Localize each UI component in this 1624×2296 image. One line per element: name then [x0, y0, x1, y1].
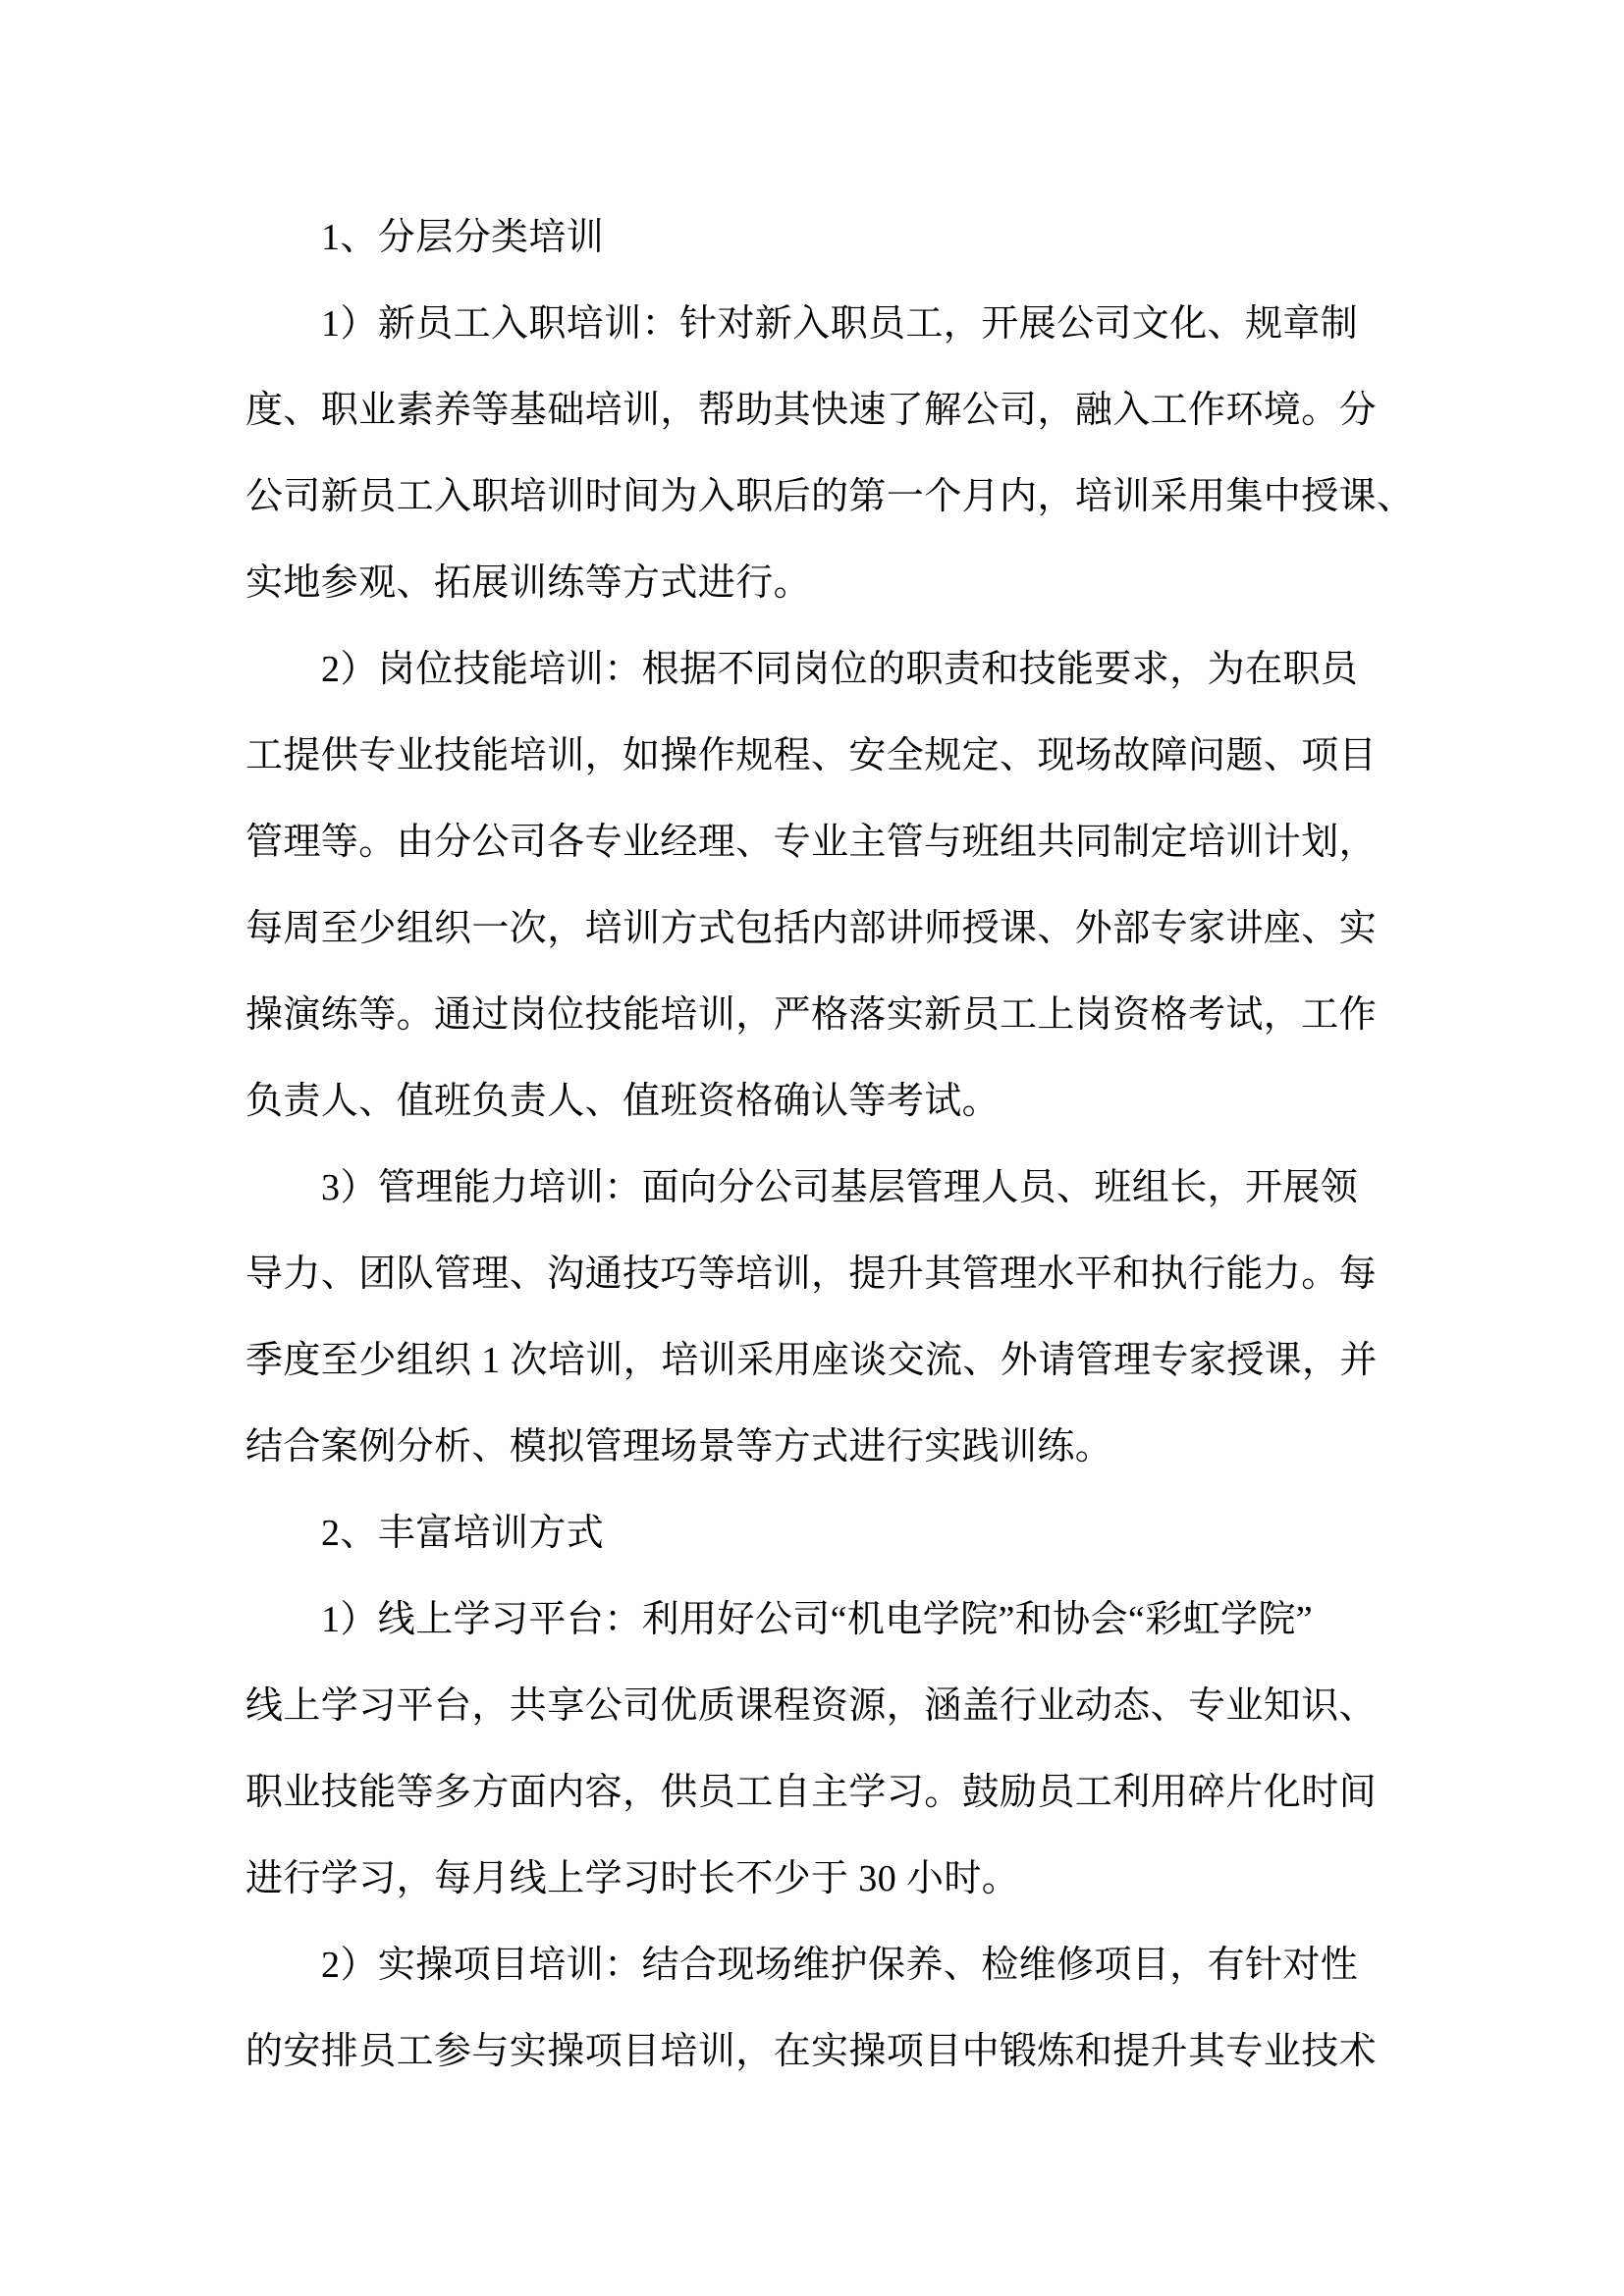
paragraph-line: 1）新员工入职培训：针对新入职员工，开展公司文化、规章制: [245, 281, 1384, 367]
paragraph-line: 实地参观、拓展训练等方式进行。: [245, 540, 1384, 626]
paragraph-line: 工提供专业技能培训，如操作规程、安全规定、现场故障问题、项目: [245, 713, 1384, 799]
paragraph-line: 结合案例分析、模拟管理场景等方式进行实践训练。: [245, 1404, 1384, 1490]
paragraph-line: 线上学习平台，共享公司优质课程资源，涵盖行业动态、专业知识、: [245, 1663, 1384, 1749]
paragraph-line: 季度至少组织 1 次培训，培训采用座谈交流、外请管理专家授课，并: [245, 1317, 1384, 1404]
paragraph-line: 职业技能等多方面内容，供员工自主学习。鼓励员工利用碎片化时间: [245, 1749, 1384, 1836]
paragraph-line: 3）管理能力培训：面向分公司基层管理人员、班组长，开展领: [245, 1145, 1384, 1231]
document-body: 1、分层分类培训 1）新员工入职培训：针对新入职员工，开展公司文化、规章制 度、…: [245, 194, 1384, 2095]
paragraph-line: 管理等。由分公司各专业经理、专业主管与班组共同制定培训计划，: [245, 799, 1384, 885]
document-page: 1、分层分类培训 1）新员工入职培训：针对新入职员工，开展公司文化、规章制 度、…: [0, 0, 1624, 2296]
section-heading: 1、分层分类培训: [245, 194, 1384, 281]
paragraph-line: 度、职业素养等基础培训，帮助其快速了解公司，融入工作环境。分: [245, 367, 1384, 454]
paragraph-line: 操演练等。通过岗位技能培训，严格落实新员工上岗资格考试，工作: [245, 972, 1384, 1058]
paragraph-line: 1）线上学习平台：利用好公司“机电学院”和协会“彩虹学院”: [245, 1576, 1384, 1663]
paragraph-line: 进行学习，每月线上学习时长不少于 30 小时。: [245, 1836, 1384, 1922]
paragraph-line: 2）岗位技能培训：根据不同岗位的职责和技能要求，为在职员: [245, 626, 1384, 713]
paragraph-line: 2）实操项目培训：结合现场维护保养、检维修项目，有针对性: [245, 1922, 1384, 2008]
paragraph-line: 公司新员工入职培训时间为入职后的第一个月内，培训采用集中授课、: [245, 454, 1384, 540]
paragraph-line: 的安排员工参与实操项目培训，在实操项目中锻炼和提升其专业技术: [245, 2008, 1384, 2095]
paragraph-line: 负责人、值班负责人、值班资格确认等考试。: [245, 1058, 1384, 1145]
section-heading: 2、丰富培训方式: [245, 1490, 1384, 1576]
paragraph-line: 导力、团队管理、沟通技巧等培训，提升其管理水平和执行能力。每: [245, 1231, 1384, 1317]
paragraph-line: 每周至少组织一次，培训方式包括内部讲师授课、外部专家讲座、实: [245, 885, 1384, 972]
